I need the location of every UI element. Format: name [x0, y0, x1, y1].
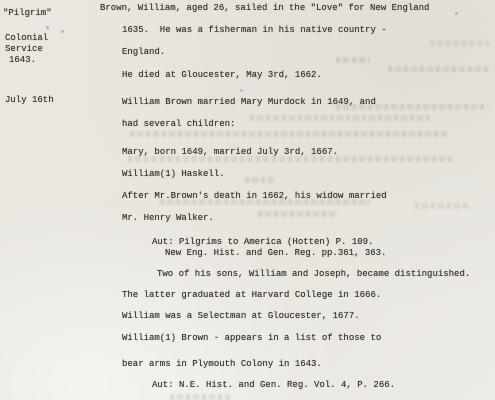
typed-line: William was a Selectman at Gloucester, 1… [122, 310, 360, 322]
bleed-through-mark [336, 57, 370, 63]
bleed-through-mark [258, 211, 338, 217]
bleed-through-mark [415, 203, 470, 209]
bleed-through-mark [128, 156, 454, 162]
document-page: "Pilgrim"ColonialService1643.July 16th B… [0, 0, 495, 400]
bleed-through-mark [250, 115, 430, 121]
typed-line: 1635. He was a fisherman in his native c… [122, 24, 387, 36]
typed-line: had several children: [122, 118, 235, 130]
typed-line: New Eng. Hist. and Gen. Reg. pp.361, 363… [165, 247, 386, 259]
bleed-through-mark [430, 40, 490, 46]
bleed-through-mark [245, 177, 275, 183]
bleed-through-mark [160, 199, 370, 205]
typed-line: He died at Gloucester, May 3rd, 1662. [122, 69, 322, 81]
bleed-through-mark [336, 104, 488, 110]
typed-line: Mr. Henry Walker. [122, 212, 214, 224]
ink-speck [240, 89, 243, 92]
bleed-through-mark [388, 66, 490, 72]
typed-line: bear arms in Plymouth Colony in 1643. [122, 358, 322, 370]
margin-note: July 16th [5, 94, 54, 106]
ink-speck [455, 12, 458, 15]
typed-line: The latter graduated at Harvard College … [122, 289, 381, 301]
typed-line: William(1) Brown - appears in a list of … [122, 332, 381, 344]
typed-line: Two of his sons, William and Joseph, bec… [157, 268, 470, 280]
typed-line: William(1) Haskell. [122, 168, 225, 180]
typed-line: England. [122, 46, 165, 58]
typed-line: Aut: N.E. Hist. and Gen. Reg. Vol. 4, P.… [152, 379, 395, 391]
margin-note: 1643. [9, 54, 36, 66]
margin-note: "Pilgrim" [3, 7, 52, 19]
ink-speck [61, 30, 64, 33]
typed-line: Brown, William, aged 26, sailed in the "… [100, 2, 429, 14]
bleed-through-mark [170, 394, 230, 400]
bleed-through-mark [130, 131, 448, 137]
ink-speck [46, 26, 49, 29]
